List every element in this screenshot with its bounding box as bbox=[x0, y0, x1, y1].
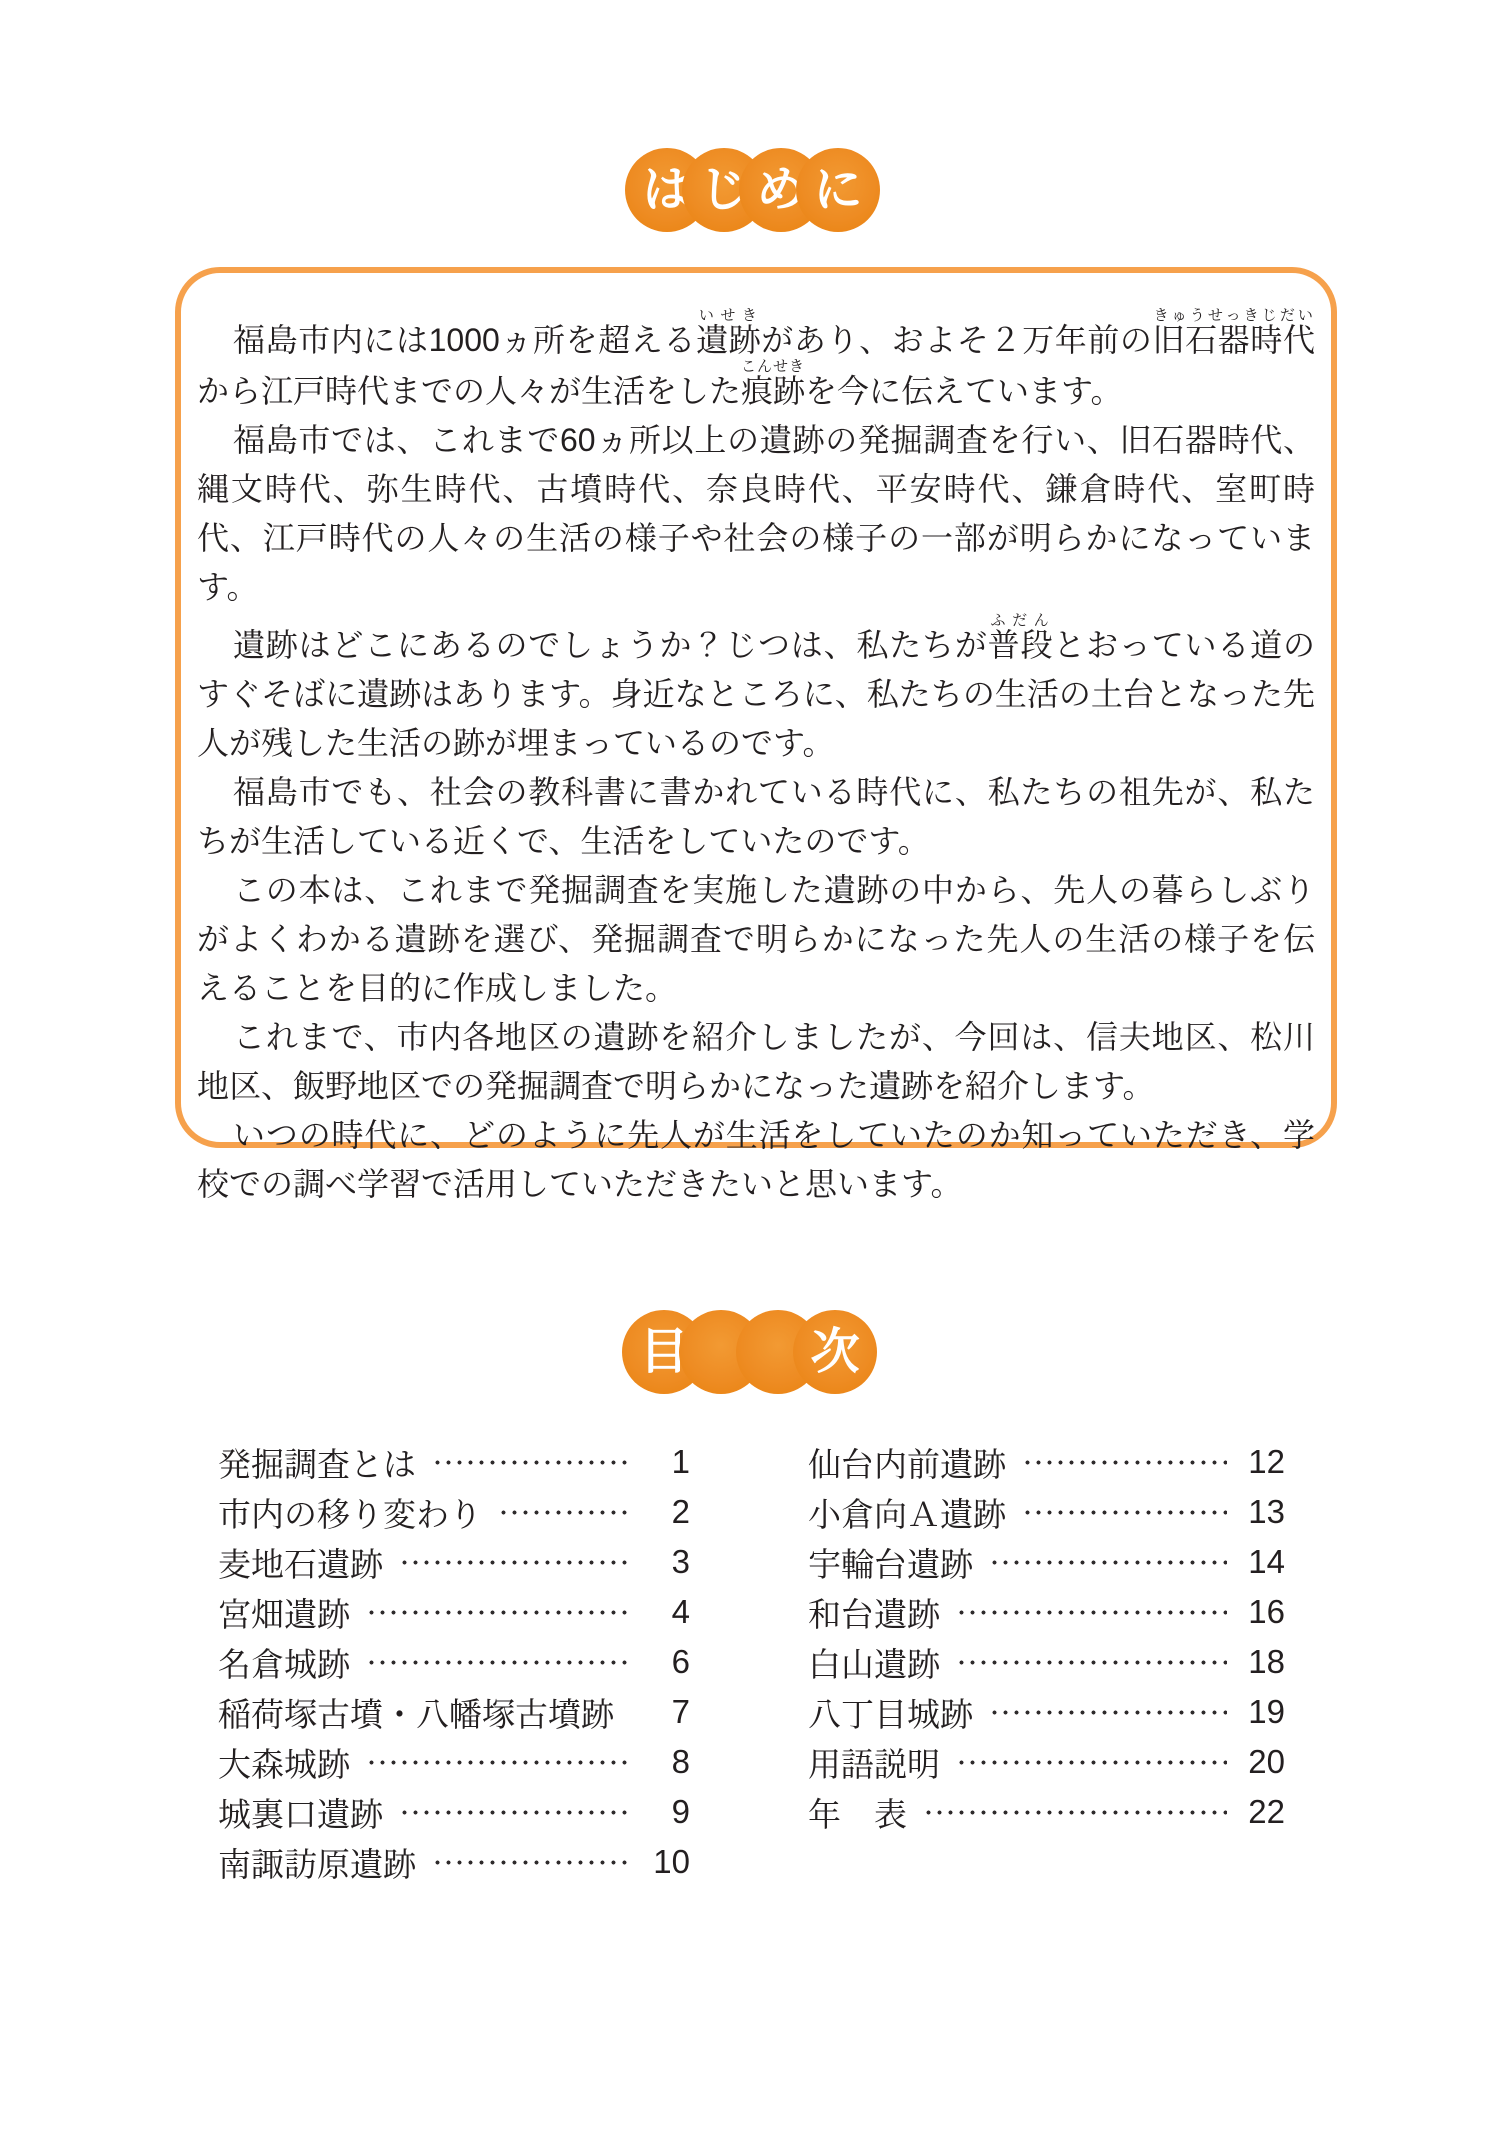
toc-entry-label: 小倉向Ａ遺跡 bbox=[808, 1489, 1006, 1536]
toc-dotted-leader bbox=[1022, 1460, 1227, 1465]
toc-page-number: 9 bbox=[646, 1793, 690, 1831]
toc-entry: 南諏訪原遺跡10 bbox=[218, 1837, 690, 1887]
toc-entry-label: 大森城跡 bbox=[218, 1739, 350, 1786]
toc-dotted-leader bbox=[956, 1610, 1227, 1615]
toc-entry: 大森城跡8 bbox=[218, 1737, 690, 1787]
toc-entry-label: 年 表 bbox=[808, 1789, 907, 1836]
toc-entry-label: 南諏訪原遺跡 bbox=[218, 1839, 416, 1886]
toc-dotted-leader bbox=[630, 1710, 632, 1715]
toc-entry: 城裏口遺跡9 bbox=[218, 1787, 690, 1837]
intro-text-box: 福島市内には1000ヵ所を超える遺跡いせきがあり、およそ２万年前の旧石器時代きゅ… bbox=[175, 267, 1337, 1148]
intro-paragraph: 遺跡はどこにあるのでしょうか？じつは、私たちが普段ふだんとおっている道のすぐそば… bbox=[197, 612, 1315, 768]
toc-entry: 稲荷塚古墳・八幡塚古墳跡7 bbox=[218, 1687, 690, 1737]
badge-circle: に bbox=[796, 148, 880, 232]
toc-entry: 八丁目城跡19 bbox=[808, 1687, 1285, 1737]
toc-column-right: 仙台内前遺跡12小倉向Ａ遺跡13宇輪台遺跡14和台遺跡16白山遺跡18八丁目城跡… bbox=[808, 1437, 1285, 1887]
toc-entry: 宇輪台遺跡14 bbox=[808, 1537, 1285, 1587]
toc-entry: 麦地石遺跡3 bbox=[218, 1537, 690, 1587]
toc-page-number: 19 bbox=[1241, 1693, 1285, 1731]
toc-page-number: 12 bbox=[1241, 1443, 1285, 1481]
toc-entry: 用語説明20 bbox=[808, 1737, 1285, 1787]
toc-entry: 市内の移り変わり2 bbox=[218, 1487, 690, 1537]
toc-dotted-leader bbox=[923, 1810, 1227, 1815]
toc-dotted-leader bbox=[399, 1560, 632, 1565]
toc-column-left: 発掘調査とは1市内の移り変わり2麦地石遺跡3宮畑遺跡4名倉城跡6稲荷塚古墳・八幡… bbox=[218, 1437, 690, 1887]
toc-page-number: 8 bbox=[646, 1743, 690, 1781]
toc-dotted-leader bbox=[432, 1460, 632, 1465]
toc-page-number: 6 bbox=[646, 1643, 690, 1681]
toc-entry-label: 発掘調査とは bbox=[218, 1439, 416, 1486]
toc-entry-label: 和台遺跡 bbox=[808, 1589, 940, 1636]
toc-dotted-leader bbox=[989, 1560, 1227, 1565]
toc-entry: 仙台内前遺跡12 bbox=[808, 1437, 1285, 1487]
toc-entry: 白山遺跡18 bbox=[808, 1637, 1285, 1687]
toc-entry-label: 宇輪台遺跡 bbox=[808, 1539, 973, 1586]
badge-character: に bbox=[813, 166, 862, 215]
toc-entry-label: 用語説明 bbox=[808, 1739, 940, 1786]
intro-paragraph: これまで、市内各地区の遺跡を紹介しましたが、今回は、信夫地区、松川地区、飯野地区… bbox=[197, 1013, 1315, 1111]
toc-page-number: 4 bbox=[646, 1593, 690, 1631]
toc-entry-label: 麦地石遺跡 bbox=[218, 1539, 383, 1586]
section-badge-mokuji: 目次 bbox=[622, 1310, 877, 1394]
toc-entry: 和台遺跡16 bbox=[808, 1587, 1285, 1637]
document-page: はじめに 福島市内には1000ヵ所を超える遺跡いせきがあり、およそ２万年前の旧石… bbox=[0, 0, 1511, 2140]
toc-entry: 宮畑遺跡4 bbox=[218, 1587, 690, 1637]
toc-page-number: 22 bbox=[1241, 1793, 1285, 1831]
intro-paragraph: 福島市では、これまで60ヵ所以上の遺跡の発掘調査を行い、旧石器時代、縄文時代、弥… bbox=[197, 416, 1315, 612]
intro-paragraph: 福島市内には1000ヵ所を超える遺跡いせきがあり、およそ２万年前の旧石器時代きゅ… bbox=[197, 307, 1315, 416]
intro-paragraph: この本は、これまで発掘調査を実施した遺跡の中から、先人の暮らしぶりがよくわかる遺… bbox=[197, 866, 1315, 1013]
toc-entry: 名倉城跡6 bbox=[218, 1637, 690, 1687]
toc-dotted-leader bbox=[432, 1860, 632, 1865]
toc-dotted-leader bbox=[956, 1760, 1227, 1765]
toc-page-number: 1 bbox=[646, 1443, 690, 1481]
toc-entry-label: 宮畑遺跡 bbox=[218, 1589, 350, 1636]
badge-character: 次 bbox=[810, 1328, 859, 1377]
toc-page-number: 20 bbox=[1241, 1743, 1285, 1781]
toc-entry-label: 市内の移り変わり bbox=[218, 1489, 482, 1536]
toc-entry: 小倉向Ａ遺跡13 bbox=[808, 1487, 1285, 1537]
toc-entry-label: 名倉城跡 bbox=[218, 1639, 350, 1686]
toc-page-number: 7 bbox=[646, 1693, 690, 1731]
toc-entry-label: 八丁目城跡 bbox=[808, 1689, 973, 1736]
ruby-annotated-word: 普段ふだん bbox=[988, 627, 1054, 663]
toc-dotted-leader bbox=[1022, 1510, 1227, 1515]
toc-page-number: 16 bbox=[1241, 1593, 1285, 1631]
toc-dotted-leader bbox=[956, 1660, 1227, 1665]
ruby-annotated-word: 旧石器時代きゅうせっきじだい bbox=[1153, 322, 1315, 358]
toc-entry-label: 城裏口遺跡 bbox=[218, 1789, 383, 1836]
intro-paragraph: 福島市でも、社会の教科書に書かれている時代に、私たちの祖先が、私たちが生活してい… bbox=[197, 768, 1315, 866]
ruby-annotated-word: 遺跡いせき bbox=[696, 322, 761, 358]
toc-page-number: 2 bbox=[646, 1493, 690, 1531]
badge-circle: 次 bbox=[793, 1310, 877, 1394]
toc-entry-label: 仙台内前遺跡 bbox=[808, 1439, 1006, 1486]
toc-entry: 年 表22 bbox=[808, 1787, 1285, 1837]
intro-paragraph: いつの時代に、どのように先人が生活をしていたのか知っていただき、学校での調べ学習… bbox=[197, 1111, 1315, 1209]
toc-dotted-leader bbox=[366, 1660, 632, 1665]
toc-page-number: 14 bbox=[1241, 1543, 1285, 1581]
toc-dotted-leader bbox=[399, 1810, 632, 1815]
toc-page-number: 13 bbox=[1241, 1493, 1285, 1531]
toc-entry-label: 稲荷塚古墳・八幡塚古墳跡 bbox=[218, 1689, 614, 1736]
toc-page-number: 18 bbox=[1241, 1643, 1285, 1681]
section-badge-hajimeni: はじめに bbox=[625, 148, 880, 232]
toc-page-number: 3 bbox=[646, 1543, 690, 1581]
toc-dotted-leader bbox=[498, 1510, 632, 1515]
toc-page-number: 10 bbox=[646, 1843, 690, 1881]
table-of-contents: 発掘調査とは1市内の移り変わり2麦地石遺跡3宮畑遺跡4名倉城跡6稲荷塚古墳・八幡… bbox=[218, 1437, 1285, 1887]
ruby-annotated-word: 痕跡こんせき bbox=[741, 373, 805, 409]
toc-dotted-leader bbox=[989, 1710, 1227, 1715]
toc-entry: 発掘調査とは1 bbox=[218, 1437, 690, 1487]
toc-entry-label: 白山遺跡 bbox=[808, 1639, 940, 1686]
toc-dotted-leader bbox=[366, 1610, 632, 1615]
toc-dotted-leader bbox=[366, 1760, 632, 1765]
